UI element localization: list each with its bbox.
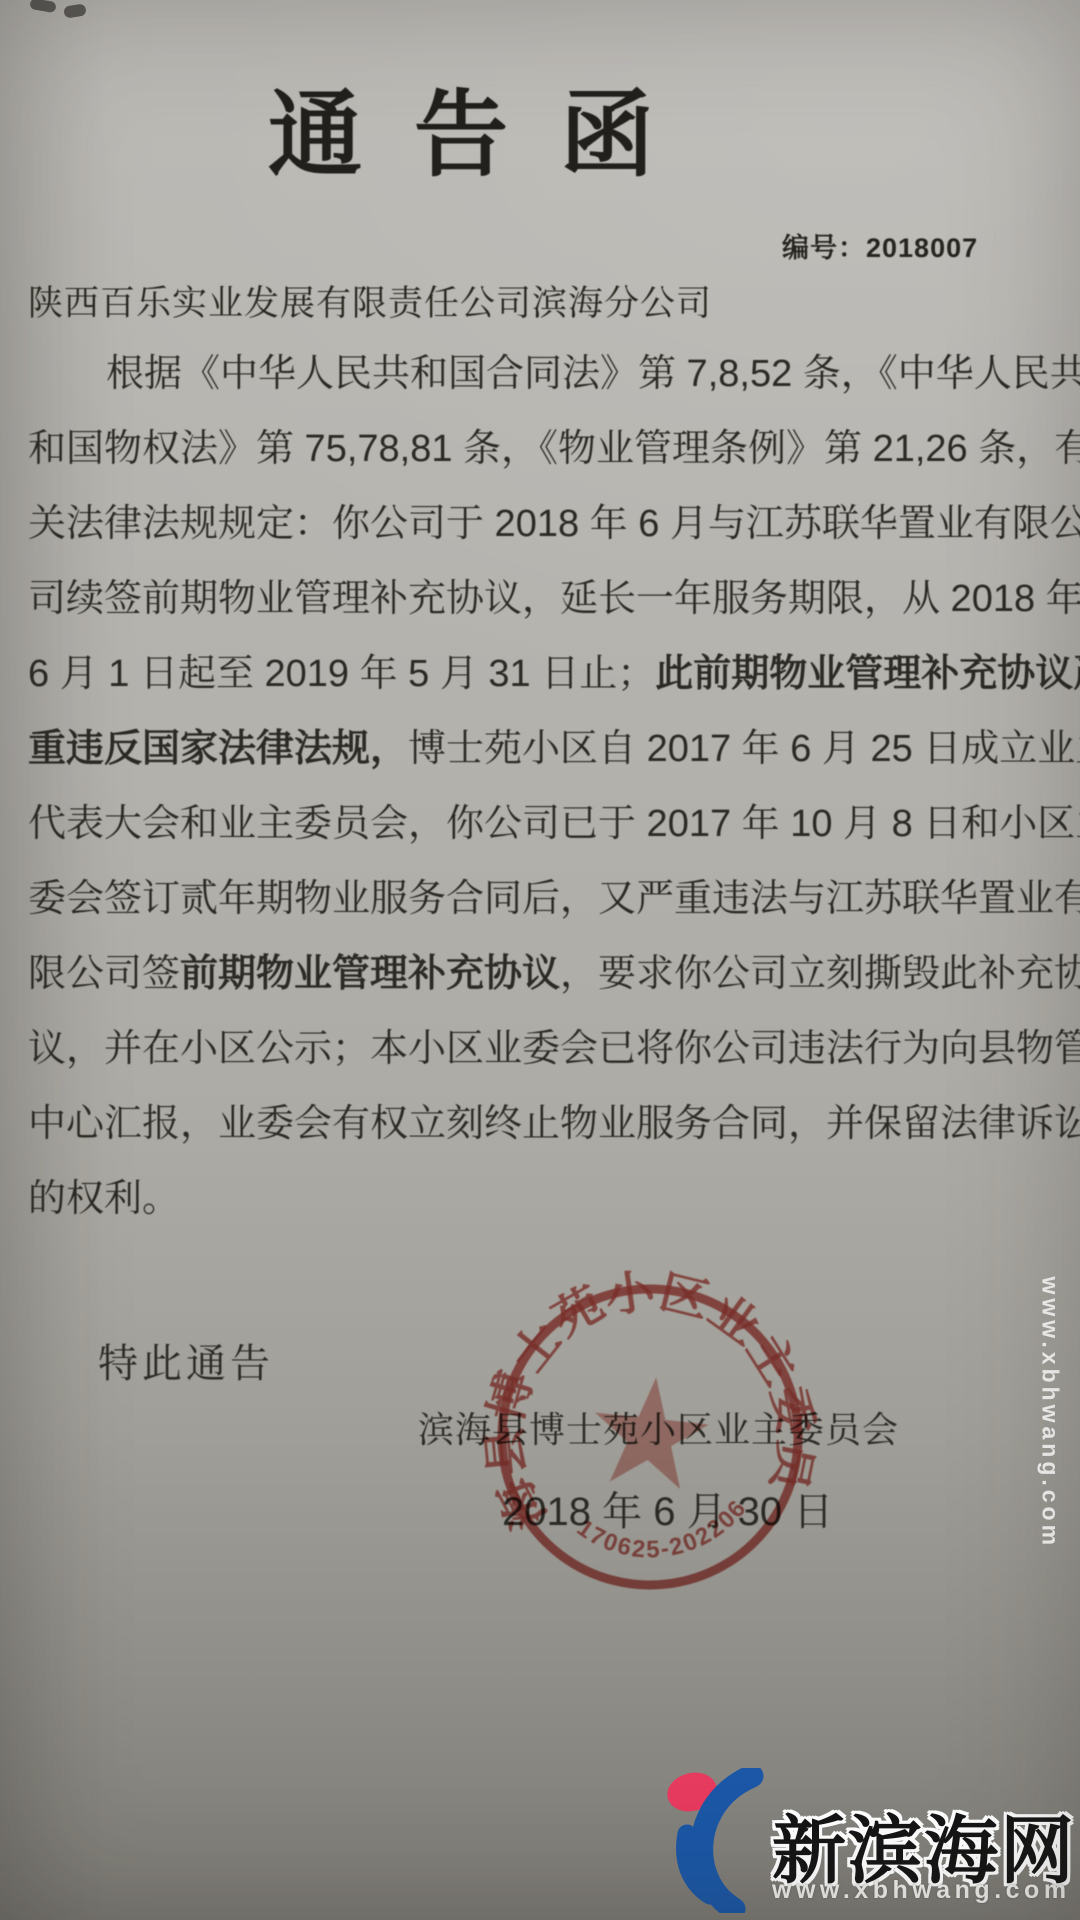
body-text: 根据《中华人民共和国合同法》第 7,8,52 条，《中华人民共	[106, 353, 1080, 395]
body-line: 代表大会和业主委员会，你公司已于 2017 年 10 月 8 日和小区业	[28, 787, 1052, 862]
body-text: 司续签前期物业管理补充协议，延长一年服务期限，从 2018 年	[28, 578, 1080, 620]
site-watermark-vertical: www.xbhwang.com	[1037, 1277, 1064, 1547]
body-text-bold: 重违反国家法律法规，	[28, 728, 408, 770]
body-text: 委会签订贰年期物业服务合同后，又严重违法与江苏联华置业有	[28, 878, 1080, 920]
body-line: 限公司签前期物业管理补充协议，要求你公司立刻撕毁此补充协	[28, 937, 1052, 1012]
body-paragraph: 根据《中华人民共和国合同法》第 7,8,52 条，《中华人民共和国物权法》第 7…	[28, 337, 1052, 1237]
body-text: 6 月 1 日起至 2019 年 5 月 31 日止；	[28, 653, 655, 695]
addressee-line: 陕西百乐实业发展有限责任公司滨海分公司	[28, 276, 712, 326]
body-text-bold: 前期物业管理补充协议	[180, 953, 560, 995]
body-line: 司续签前期物业管理补充协议，延长一年服务期限，从 2018 年	[28, 562, 1052, 637]
body-text: 和国物权法》第 75,78,81 条，《物业管理条例》第 21,26 条，有	[28, 428, 1080, 470]
committee-stamp-seal: 滨海县博士苑小区业主委员会 20170625-20220624	[447, 1234, 854, 1641]
body-text: 限公司签	[28, 953, 180, 995]
body-text: 关法律法规规定：你公司于 2018 年 6 月与江苏联华置业有限公	[28, 503, 1080, 545]
body-line: 关法律法规规定：你公司于 2018 年 6 月与江苏联华置业有限公	[28, 487, 1052, 562]
body-line: 重违反国家法律法规，博士苑小区自 2017 年 6 月 25 日成立业主	[28, 712, 1052, 787]
svg-text:滨海县博士苑小区业主委员会: 滨海县博士苑小区业主委员会	[456, 1244, 832, 1544]
body-line: 议，并在小区公示；本小区业委会已将你公司违法行为向县物管	[28, 1012, 1052, 1087]
stamp-arc-text: 滨海县博士苑小区业主委员会	[456, 1244, 832, 1544]
body-text: 议，并在小区公示；本小区业委会已将你公司违法行为向县物管	[28, 1028, 1080, 1070]
body-line: 委会签订贰年期物业服务合同后，又严重违法与江苏联华置业有	[28, 862, 1052, 937]
body-text: 博士苑小区自 2017 年 6 月 25 日成立业主	[408, 728, 1080, 770]
body-line: 根据《中华人民共和国合同法》第 7,8,52 条，《中华人民共	[28, 337, 1052, 412]
page-title: 通告函	[268, 88, 706, 182]
body-text: ，要求你公司立刻撕毁此补充协	[560, 953, 1080, 995]
body-line: 的权利。	[28, 1162, 1052, 1237]
document-photo: 通告函 编号：2018007 陕西百乐实业发展有限责任公司滨海分公司 根据《中华…	[0, 0, 1080, 1920]
body-text: 中心汇报，业委会有权立刻终止物业服务合同，并保留法律诉讼	[28, 1103, 1080, 1145]
closing-note: 特此通告	[98, 1332, 274, 1389]
stamp-star-icon	[588, 1371, 713, 1491]
doc-number: 编号：2018007	[782, 226, 978, 265]
body-text: 代表大会和业主委员会，你公司已于 2017 年 10 月 8 日和小区业	[28, 803, 1080, 845]
body-text-bold: 此前期物业管理补充协议严	[655, 653, 1080, 695]
body-line: 中心汇报，业委会有权立刻终止物业服务合同，并保留法律诉讼	[28, 1087, 1052, 1162]
body-line: 6 月 1 日起至 2019 年 5 月 31 日止；此前期物业管理补充协议严	[28, 637, 1052, 712]
body-line: 和国物权法》第 75,78,81 条，《物业管理条例》第 21,26 条，有	[28, 412, 1052, 487]
body-text: 的权利。	[28, 1178, 180, 1220]
